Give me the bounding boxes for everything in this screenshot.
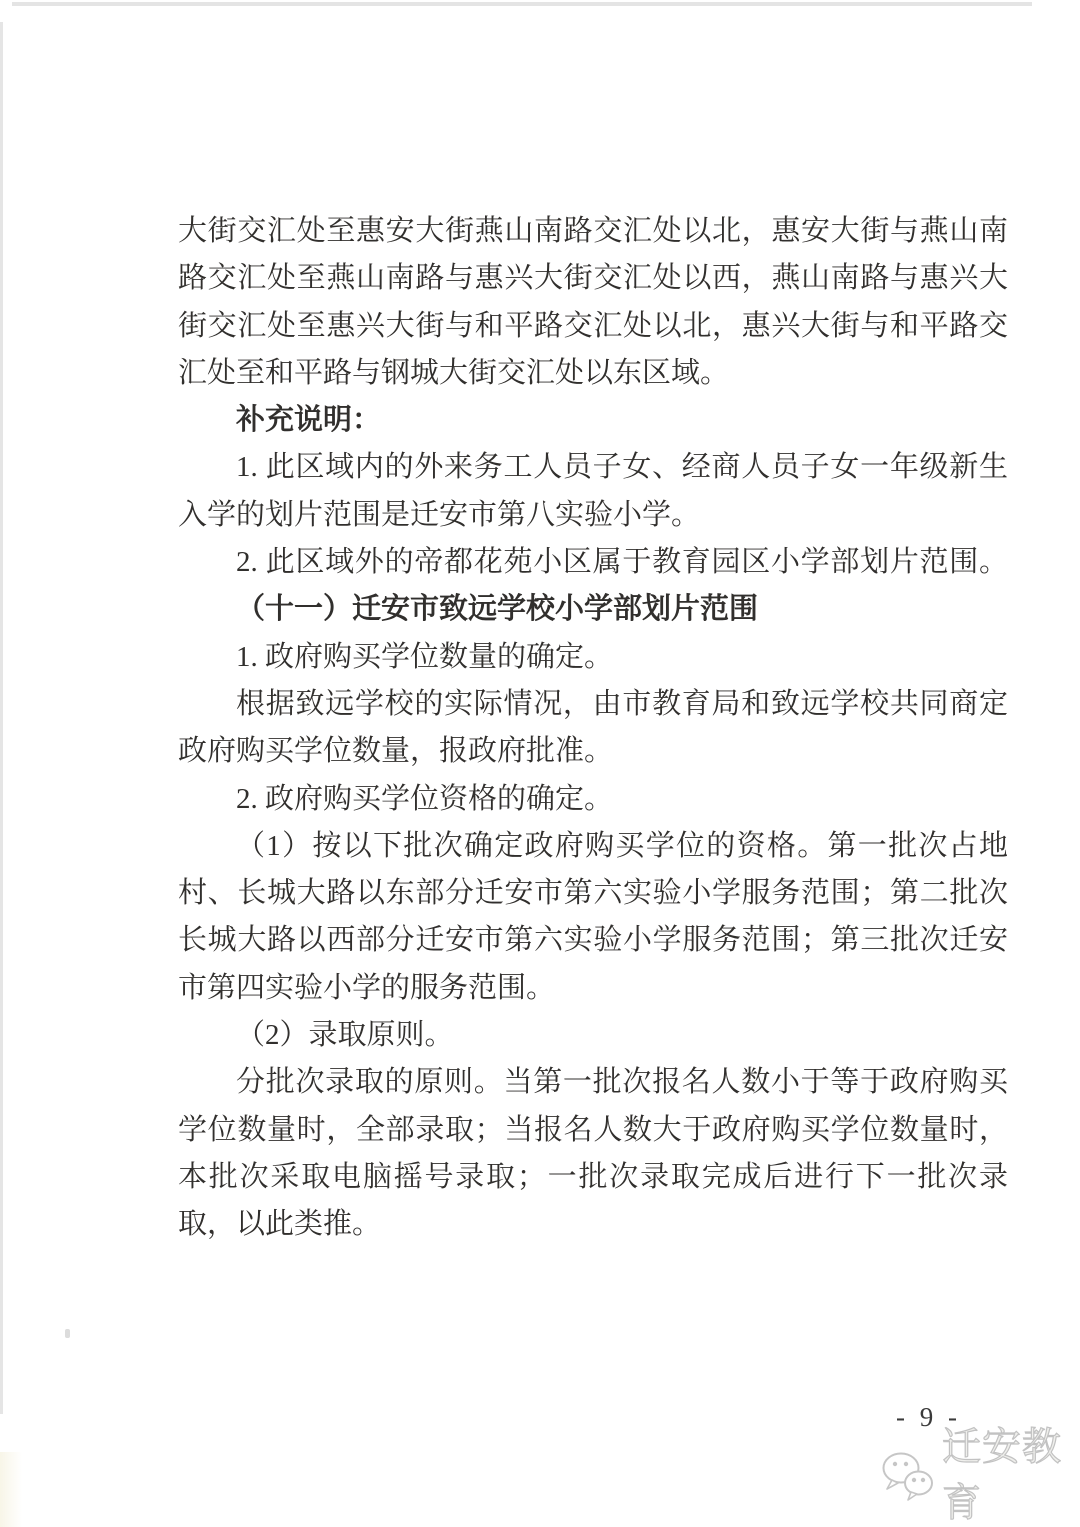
document-line: 补充说明： (178, 397, 1008, 444)
document-line: 市第四实验小学的服务范围。 (178, 965, 1008, 1012)
document-line: 本批次采取电脑摇号录取；一批次录取完成后进行下一批次录 (178, 1154, 1008, 1201)
document-line: 2. 此区域外的帝都花苑小区属于教育园区小学部划片范围。 (178, 539, 1008, 586)
watermark: 迁安教育 (880, 1448, 1080, 1504)
document-text-block: 大街交汇处至惠安大街燕山南路交汇处以北，惠安大街与燕山南路交汇处至燕山南路与惠兴… (178, 208, 1008, 1249)
scan-edge-left (0, 22, 3, 1414)
document-line: 街交汇处至惠兴大街与和平路交汇处以北，惠兴大街与和平路交 (178, 303, 1008, 350)
document-line: 汇处至和平路与钢城大街交汇处以东区域。 (178, 350, 1008, 397)
document-line: 2. 政府购买学位资格的确定。 (178, 776, 1008, 823)
document-line: （十一）迁安市致远学校小学部划片范围 (178, 586, 1008, 633)
document-line: （1）按以下批次确定政府购买学位的资格。第一批次占地 (178, 823, 1008, 870)
scan-edge-top (12, 2, 1032, 6)
document-line: 1. 政府购买学位数量的确定。 (178, 634, 1008, 681)
document-line: 长城大路以西部分迁安市第六实验小学服务范围；第三批次迁安 (178, 917, 1008, 964)
document-line: （2）录取原则。 (178, 1012, 1008, 1059)
document-line: 村、长城大路以东部分迁安市第六实验小学服务范围；第二批次 (178, 870, 1008, 917)
document-line: 路交汇处至燕山南路与惠兴大街交汇处以西，燕山南路与惠兴大 (178, 255, 1008, 302)
scan-corner-tint (0, 1452, 22, 1527)
document-line: 入学的划片范围是迁安市第八实验小学。 (178, 492, 1008, 539)
document-line: 政府购买学位数量，报政府批准。 (178, 728, 1008, 775)
document-line: 学位数量时，全部录取；当报名人数大于政府购买学位数量时， (178, 1107, 1008, 1154)
document-line: 取，以此类推。 (178, 1201, 1008, 1248)
wechat-icon (880, 1450, 936, 1502)
watermark-label: 迁安教育 (942, 1420, 1080, 1527)
document-line: 根据致远学校的实际情况，由市教育局和致远学校共同商定 (178, 681, 1008, 728)
document-line: 大街交汇处至惠安大街燕山南路交汇处以北，惠安大街与燕山南 (178, 208, 1008, 255)
document-line: 分批次录取的原则。当第一批次报名人数小于等于政府购买 (178, 1059, 1008, 1106)
document-page: 大街交汇处至惠安大街燕山南路交汇处以北，惠安大街与燕山南路交汇处至燕山南路与惠兴… (0, 0, 1080, 1527)
document-line: 1. 此区域内的外来务工人员子女、经商人员子女一年级新生 (178, 444, 1008, 491)
scan-speck (65, 1329, 70, 1338)
